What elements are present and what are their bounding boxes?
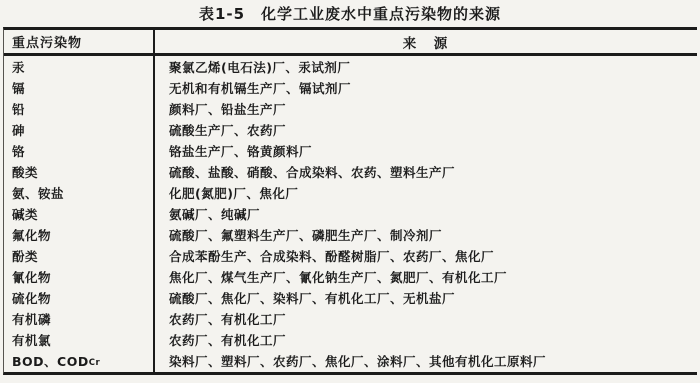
- source-cell: 农药厂、有机化工厂: [155, 330, 697, 351]
- source-text: 硫酸生产厂、农药厂: [169, 121, 286, 139]
- pollutant-cell: 铅: [4, 98, 155, 119]
- pollutant-label: 铅: [12, 100, 25, 118]
- pollutant-cell: 有机磷: [4, 309, 155, 330]
- source-text: 氨碱厂、纯碱厂: [169, 205, 260, 223]
- pollutant-cell: 砷: [4, 119, 155, 140]
- source-cell: 农药厂、有机化工厂: [155, 309, 697, 330]
- table-row: 硫化物 硫酸厂、焦化厂、染料厂、有机化工厂、无机盐厂: [4, 288, 697, 309]
- pollutant-cell: 有机氯: [4, 330, 155, 351]
- table-row: 镉 无机和有机镉生产厂、镉试剂厂: [4, 77, 697, 98]
- source-cell: 焦化厂、煤气生产厂、氰化钠生产厂、氮肥厂、有机化工厂: [155, 267, 697, 288]
- pollutants-table: 重点污染物 来 源 汞 聚氯乙烯(电石法)厂、汞试剂厂 镉 无机和有机镉生产厂、…: [3, 27, 697, 375]
- pollutant-label: 氨、铵盐: [12, 184, 64, 202]
- source-cell: 颜料厂、铅盐生产厂: [155, 98, 697, 119]
- source-cell: 硫酸生产厂、农药厂: [155, 119, 697, 140]
- source-cell: 无机和有机镉生产厂、镉试剂厂: [155, 77, 697, 98]
- table-row: 有机氯 农药厂、有机化工厂: [4, 330, 697, 351]
- source-text: 合成苯酚生产、合成染料、酚醛树脂厂、农药厂、焦化厂: [169, 247, 494, 265]
- source-text: 焦化厂、煤气生产厂、氰化钠生产厂、氮肥厂、有机化工厂: [169, 268, 507, 286]
- table-row: 氟化物 硫酸厂、氟塑料生产厂、磷肥生产厂、制冷剂厂: [4, 225, 697, 246]
- source-text: 硫酸、盐酸、硝酸、合成染料、农药、塑料生产厂: [169, 163, 455, 181]
- table-row: 氰化物 焦化厂、煤气生产厂、氰化钠生产厂、氮肥厂、有机化工厂: [4, 267, 697, 288]
- pollutant-label: 氰化物: [12, 268, 51, 286]
- source-cell: 聚氯乙烯(电石法)厂、汞试剂厂: [155, 56, 697, 77]
- source-text: 聚氯乙烯(电石法)厂、汞试剂厂: [169, 58, 350, 76]
- pollutant-cell: 碱类: [4, 203, 155, 224]
- source-text: 染料厂、塑料厂、农药厂、焦化厂、涂料厂、其他有机化工原料厂: [169, 352, 546, 370]
- source-cell: 合成苯酚生产、合成染料、酚醛树脂厂、农药厂、焦化厂: [155, 246, 697, 267]
- table-row: 氨、铵盐 化肥(氮肥)厂、焦化厂: [4, 182, 697, 203]
- source-text: 农药厂、有机化工厂: [169, 331, 286, 349]
- pollutant-label: 汞: [12, 58, 25, 76]
- table-row: 砷 硫酸生产厂、农药厂: [4, 119, 697, 140]
- header-pollutant: 重点污染物: [4, 30, 155, 53]
- pollutant-label: 氟化物: [12, 226, 51, 244]
- source-text: 化肥(氮肥)厂、焦化厂: [169, 184, 298, 202]
- table-row: BOD、CODCr 染料厂、塑料厂、农药厂、焦化厂、涂料厂、其他有机化工原料厂: [4, 351, 697, 372]
- pollutant-label: 铬: [12, 142, 25, 160]
- pollutant-label: 酸类: [12, 163, 38, 181]
- source-cell: 硫酸厂、氟塑料生产厂、磷肥生产厂、制冷剂厂: [155, 225, 697, 246]
- table-row: 汞 聚氯乙烯(电石法)厂、汞试剂厂: [4, 56, 697, 77]
- source-text: 硫酸厂、焦化厂、染料厂、有机化工厂、无机盐厂: [169, 289, 455, 307]
- source-text: 农药厂、有机化工厂: [169, 310, 286, 328]
- source-cell: 化肥(氮肥)厂、焦化厂: [155, 182, 697, 203]
- table-body: 汞 聚氯乙烯(电石法)厂、汞试剂厂 镉 无机和有机镉生产厂、镉试剂厂 铅 颜料厂…: [4, 56, 697, 372]
- pollutant-cell: 氨、铵盐: [4, 182, 155, 203]
- pollutant-cell: 硫化物: [4, 288, 155, 309]
- table-row: 铅 颜料厂、铅盐生产厂: [4, 98, 697, 119]
- pollutant-cell: 铬: [4, 140, 155, 161]
- source-cell: 氨碱厂、纯碱厂: [155, 203, 697, 224]
- pollutant-label: 酚类: [12, 247, 38, 265]
- source-text: 硫酸厂、氟塑料生产厂、磷肥生产厂、制冷剂厂: [169, 226, 442, 244]
- source-text: 颜料厂、铅盐生产厂: [169, 100, 286, 118]
- pollutant-cell: 氰化物: [4, 267, 155, 288]
- table-row: 酚类 合成苯酚生产、合成染料、酚醛树脂厂、农药厂、焦化厂: [4, 246, 697, 267]
- source-cell: 铬盐生产厂、铬黄颜料厂: [155, 140, 697, 161]
- table-row: 铬 铬盐生产厂、铬黄颜料厂: [4, 140, 697, 161]
- source-cell: 硫酸厂、焦化厂、染料厂、有机化工厂、无机盐厂: [155, 288, 697, 309]
- pollutant-label: 有机氯: [12, 331, 51, 349]
- pollutant-cell: 酸类: [4, 161, 155, 182]
- pollutant-label: 碱类: [12, 205, 38, 223]
- pollutant-cell: 镉: [4, 77, 155, 98]
- header-source: 来 源: [155, 30, 697, 53]
- pollutant-cell: 汞: [4, 56, 155, 77]
- table-header: 重点污染物 来 源: [4, 30, 697, 56]
- pollutant-cell: 酚类: [4, 246, 155, 267]
- source-cell: 染料厂、塑料厂、农药厂、焦化厂、涂料厂、其他有机化工原料厂: [155, 351, 697, 372]
- page-title: 表1-5 化学工业废水中重点污染物的来源: [0, 3, 700, 24]
- pollutant-cell: BOD、CODCr: [4, 351, 155, 372]
- pollutant-label: 硫化物: [12, 289, 51, 307]
- table-row: 有机磷 农药厂、有机化工厂: [4, 309, 697, 330]
- source-text: 铬盐生产厂、铬黄颜料厂: [169, 142, 312, 160]
- pollutant-label: 砷: [12, 121, 25, 139]
- table-row: 碱类 氨碱厂、纯碱厂: [4, 203, 697, 224]
- pollutant-label: 有机磷: [12, 310, 51, 328]
- source-text: 无机和有机镉生产厂、镉试剂厂: [169, 79, 351, 97]
- table-row: 酸类 硫酸、盐酸、硝酸、合成染料、农药、塑料生产厂: [4, 161, 697, 182]
- pollutant-label: BOD、COD: [12, 352, 89, 370]
- pollutant-cell: 氟化物: [4, 225, 155, 246]
- pollutant-label: 镉: [12, 79, 25, 97]
- source-cell: 硫酸、盐酸、硝酸、合成染料、农药、塑料生产厂: [155, 161, 697, 182]
